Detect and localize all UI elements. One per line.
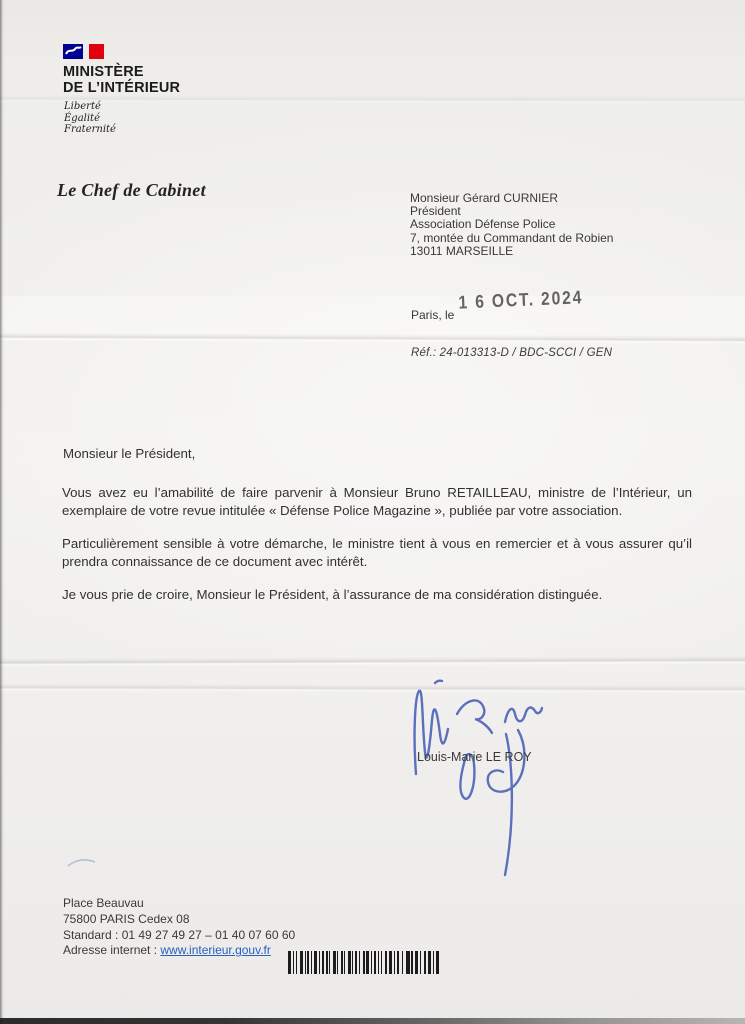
fold-crease-line [0,656,745,668]
barcode [288,951,440,974]
signature-ink [402,672,572,882]
scanner-edge-bottom [0,1018,745,1024]
date-stamp: 1 6 OCT. 2024 [458,287,584,314]
date-place-label: Paris, le [411,308,454,322]
scanner-edge-left [0,0,4,1024]
footer-website-link[interactable]: www.interieur.gouv.fr [160,943,271,957]
republic-motto: Liberté Égalité Fraternité [64,101,116,136]
body-paragraph: Je vous prie de croire, Monsieur le Prés… [62,586,692,604]
ministry-name-line1: MINISTÈRE [63,64,180,80]
paper-light-band [0,296,745,340]
salutation: Monsieur le Président, [63,446,195,461]
footer-address-line2: 75800 PARIS Cedex 08 [63,912,295,928]
motto-liberte: Liberté [64,101,116,113]
recipient-address: Monsieur Gérard CURNIER Président Associ… [410,192,613,258]
scanned-letter-page: MINISTÈRE DE L’INTÉRIEUR Liberté Égalité… [0,0,745,1024]
footer-internet-line: Adresse internet : www.interieur.gouv.fr [63,943,295,959]
body-paragraph: Particulièrement sensible à votre démarc… [62,535,692,570]
fold-crease-line [0,683,745,694]
french-flag-logo [63,40,107,64]
fold-crease-line [0,332,745,344]
stray-ink-mark [66,855,98,869]
motto-egalite: Égalité [64,113,116,125]
recipient-organization: Association Défense Police [410,218,613,231]
ministry-name: MINISTÈRE DE L’INTÉRIEUR [63,64,180,96]
footer-phone-line: Standard : 01 49 27 49 27 – 01 40 07 60 … [63,928,295,944]
signature-name: Louis-Marie LE ROY [417,750,532,764]
body-paragraph: Vous avez eu l’amabilité de faire parven… [62,484,692,519]
footer-address-line1: Place Beauvau [63,896,295,912]
motto-fraternite: Fraternité [64,124,116,136]
footer-block: Place Beauvau 75800 PARIS Cedex 08 Stand… [63,896,295,959]
footer-internet-label: Adresse internet : [63,943,160,957]
letter-body: Vous avez eu l’amabilité de faire parven… [62,484,692,620]
recipient-city: 13011 MARSEILLE [410,245,613,258]
ministry-name-line2: DE L’INTÉRIEUR [63,80,180,96]
sender-title: Le Chef de Cabinet [57,180,206,201]
recipient-street: 7, montée du Commandant de Robien [410,232,613,245]
reference-line: Réf.: 24-013313-D / BDC-SCCI / GEN [411,347,612,359]
